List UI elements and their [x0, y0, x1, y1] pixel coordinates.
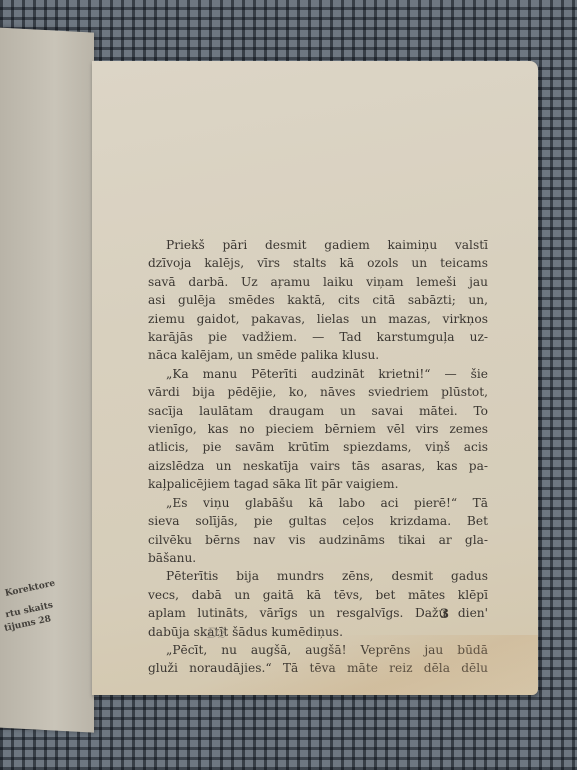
- text-line: Priekš pāri desmit gadiem kaimiņu valstī: [130, 236, 488, 254]
- text-line: dzīvoja kalējs, vīrs stalts kā ozols un …: [130, 254, 488, 272]
- text-line: sieva solījās, pie gultas ceļos krizdama…: [130, 512, 488, 530]
- text-line: Pēterītis bija mundrs zēns, desmit gadus: [130, 567, 488, 585]
- text-line: cilvēku bērns nav vis audzināms tikai ar…: [130, 531, 488, 549]
- paragraph-1: Priekš pāri desmit gadiem kaimiņu valstī…: [130, 236, 488, 365]
- text-line: gluži noraudājies.“ Tā tēva māte reiz dē…: [130, 659, 488, 677]
- text-line: nāca kalējam, un smēde palika klusu.: [130, 346, 488, 364]
- text-line: dabūja skatīt šādus kumēdiņus.: [130, 623, 488, 641]
- paragraph-2: „Ka manu Pēterīti audzināt krietni!“ — š…: [130, 365, 488, 494]
- text-line: savā darbā. Uz aŗamu laiku viņam lemeši …: [130, 273, 488, 291]
- page-number: 3: [440, 607, 449, 622]
- text-line: vārdi bija pēdējie, ko, nāves sviedriem …: [130, 383, 488, 401]
- text-line: aplam lutināts, vārīgs un resgalvīgs. Da…: [130, 604, 488, 622]
- body-text: Priekš pāri desmit gadiem kaimiņu valstī…: [130, 236, 488, 678]
- text-line: ziemu gaidot, pakavas, lielas un mazas, …: [130, 310, 488, 328]
- text-line: „Pēcīt, nu augšā, augšā! Veprēns jau būd…: [130, 641, 488, 659]
- text-line: aizslēdza un neskatīja vairs tās asaras,…: [130, 457, 488, 475]
- book-page: Priekš pāri desmit gadiem kaimiņu valstī…: [92, 61, 538, 695]
- text-line: vienīgo, kas no pieciem bērniem vēl virs…: [130, 420, 488, 438]
- text-line: kaļpalicējiem tagad sāka līt pār vaigiem…: [130, 475, 488, 493]
- text-line: bāšanu.: [130, 549, 488, 567]
- text-line: atlicis, pie savām krūtīm spiezdams, viņ…: [130, 438, 488, 456]
- paragraph-3: „Es viņu glabāšu kā labo aci pierē!“ Tā …: [130, 494, 488, 568]
- paragraph-4: Pēterītis bija mundrs zēns, desmit gadus…: [130, 567, 488, 641]
- text-line: vecs, dabā un gaitā kā tēvs, bet mātes k…: [130, 586, 488, 604]
- paragraph-5: „Pēcīt, nu augšā, augšā! Veprēns jau būd…: [130, 641, 488, 678]
- text-line: karājās pie vadžiem. — Tad karstumguļa u…: [130, 328, 488, 346]
- pencil-mark: Dž: [207, 626, 226, 642]
- text-line: „Es viņu glabāšu kā labo aci pierē!“ Tā: [130, 494, 488, 512]
- text-line: „Ka manu Pēterīti audzināt krietni!“ — š…: [130, 365, 488, 383]
- text-line: sacīja laulātam draugam un savai mātei. …: [130, 402, 488, 420]
- text-line: asi gulēja smēdes kaktā, cits citā sabāz…: [130, 291, 488, 309]
